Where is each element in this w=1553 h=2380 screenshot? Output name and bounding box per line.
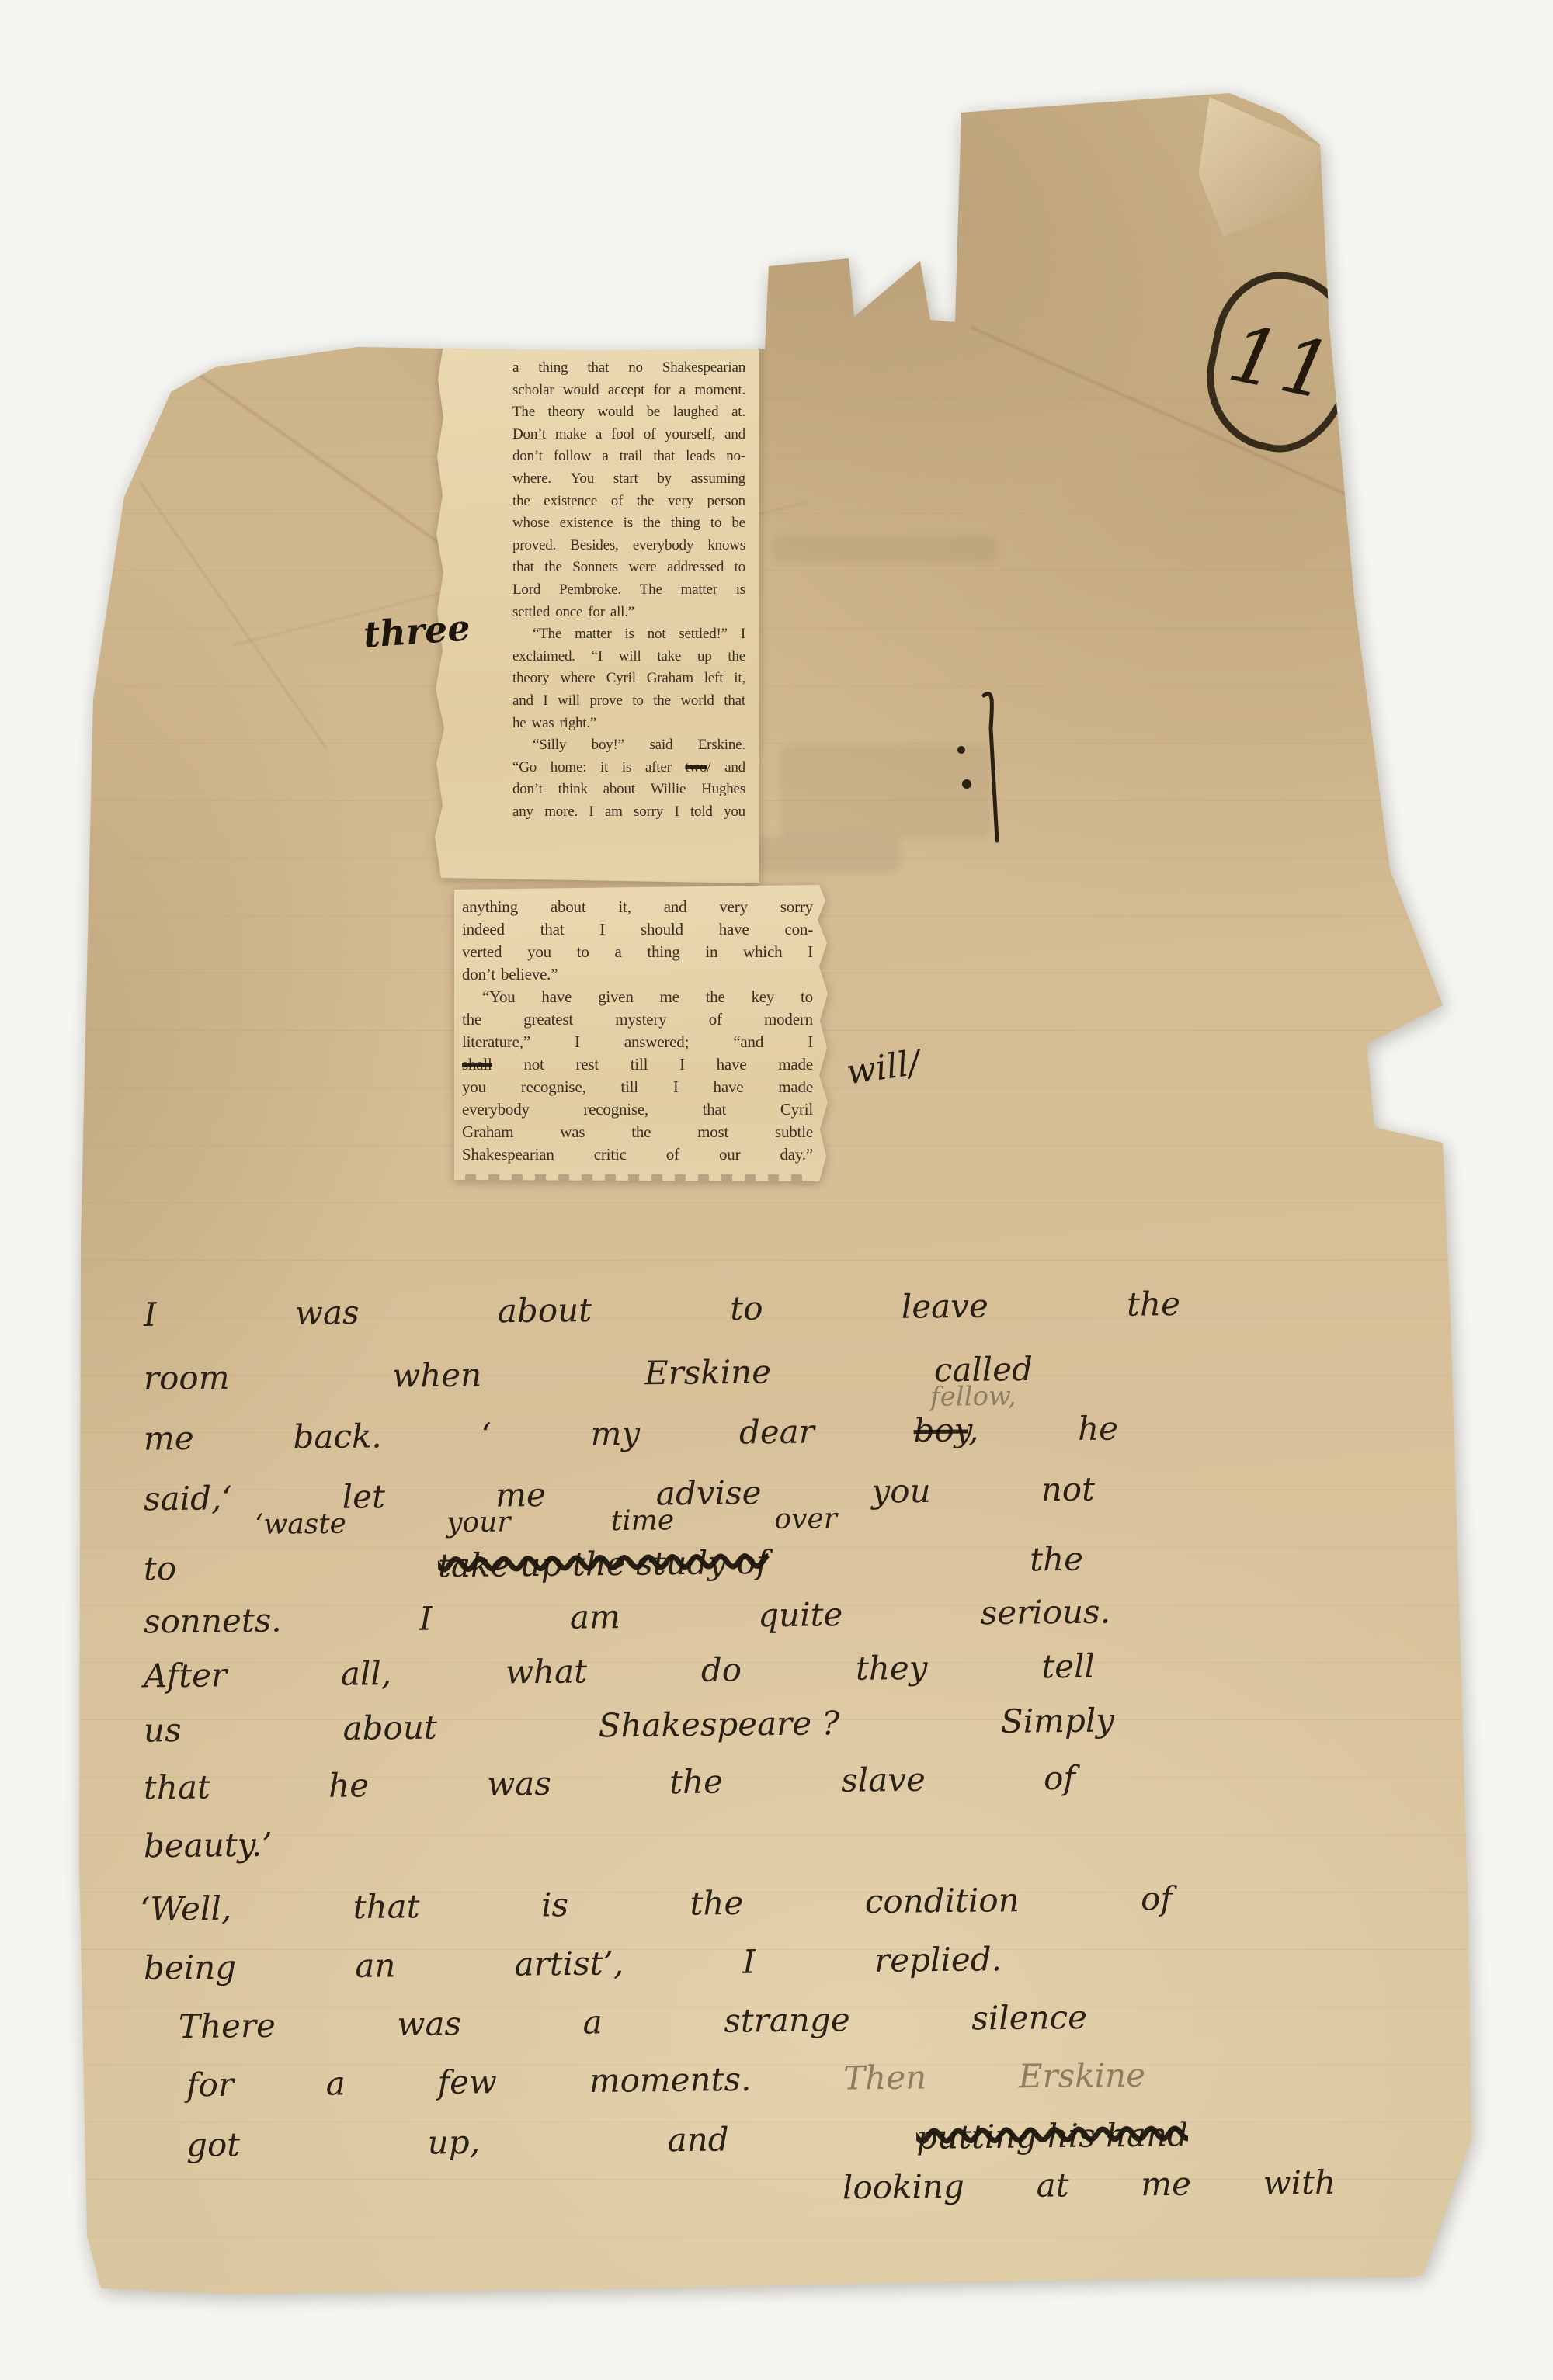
handwritten-line: usaboutShakespeare ?Simply [144,1701,1114,1749]
word: about [342,1709,437,1747]
word: have [541,987,572,1007]
word: our [719,1145,740,1164]
word: thing [671,515,700,532]
word: You [571,470,594,487]
word: will [619,648,641,665]
word: Hughes [701,781,745,798]
word: he [512,715,526,732]
word: Then [843,2058,926,2097]
word: Erskine. [698,737,745,754]
word: critic [594,1145,627,1164]
word: to [710,515,721,532]
word: follow [554,448,591,465]
printed-line: “Youhavegivenmethekeyto [462,987,813,1010]
word: am [570,1598,620,1636]
word: be [647,404,661,421]
word: not [1041,1470,1095,1509]
word: my [590,1414,640,1453]
word: I [679,1055,685,1074]
word: you [871,1472,931,1511]
printed-line: “Sillyboy!”saidErskine. [512,737,745,759]
handwritten-line: ‘Well,thatistheconditionof [140,1879,1173,1928]
word: I [808,942,813,962]
word: to [735,559,745,576]
word: about [498,1291,592,1330]
word: mystery [615,1010,666,1029]
word: was [560,1122,585,1142]
word: “Silly [533,737,566,754]
word: Willie [651,781,686,798]
word: is [624,626,634,643]
printed-line: LordPembroke.Thematteris [512,581,745,604]
word: that [353,1887,419,1926]
word: world [680,692,714,709]
word: said [649,737,672,754]
word: no [628,359,643,376]
clipping-2-paper: anythingaboutit,andverysorryindeedthatIs… [454,885,829,1183]
word: slave [841,1761,926,1799]
word: us [144,1711,182,1750]
word: after [645,759,672,776]
word: the [544,559,562,576]
handwritten-line: sonnets.Iamquiteserious. [144,1592,1110,1640]
word: that [540,920,565,939]
clipping-1-text: athingthatnoShakespearianscholarwouldacc… [512,359,745,825]
word: laughed [673,404,719,421]
word: is [622,759,631,776]
word: and [512,692,533,709]
word: verted [462,942,502,962]
margin-note-will: will/ [844,1043,922,1093]
word: ‘Well, [140,1889,232,1928]
word: to [577,942,589,962]
word: two/ [685,759,710,776]
printed-line: “Thematterisnotsettled!”I [512,626,745,648]
word: have [717,1055,747,1074]
word: “You [482,987,516,1007]
word: for [654,382,671,399]
page-number-circle: 11 [1193,260,1371,465]
word: and [724,759,745,776]
word: Cyril [780,1100,813,1119]
handwritten-line: beauty.’ [144,1825,346,1865]
word: I [599,920,605,939]
word: that [144,1768,210,1806]
word: up [697,648,712,665]
word: Besides, [570,537,618,554]
word: the [1127,1285,1180,1324]
word: answered; [624,1032,689,1052]
word: is [736,581,745,598]
word: very [668,493,693,510]
printed-line: Shakespeariancriticofourday.” [462,1145,813,1167]
word: moment. [694,382,745,399]
handwritten-line: meback.‘mydearboy,he [144,1409,1118,1457]
word: trail [620,448,643,465]
word: There [179,2007,276,2045]
word: a [512,359,519,376]
word: for [186,2066,234,2104]
word: the [643,515,661,532]
word: Sonnets [572,559,618,576]
printed-line: proved.Besides,everybodyknows [512,537,745,560]
word: right.” [560,715,597,732]
word: thing [647,942,679,962]
printed-line: scholarwouldacceptforamoment. [512,382,745,404]
word: quite [758,1595,843,1634]
clipping-2-text: anythingaboutit,andverysorryindeedthatIs… [462,897,813,1167]
word: what [506,1652,587,1691]
word: it [600,759,608,776]
word: The [640,581,662,598]
word: and [724,426,745,443]
word: the [653,692,671,709]
word: Pembroke. [559,581,621,598]
word: Simply [1001,1701,1115,1740]
word: be [731,515,745,532]
printed-line: settledonceforall.” [512,604,745,626]
printed-line: thattheSonnetswereaddressedto [512,559,745,581]
clipping-2: anythingaboutit,andverysorryindeedthatIs… [454,885,829,1183]
word: strange [724,2000,850,2040]
word: all, [341,1654,392,1693]
word: and [664,897,687,917]
word: subtle [775,1122,813,1142]
printed-line: Don’tmakeafoolofyourself,and [512,426,745,449]
handwritten-line: Afterall,whatdotheytell [144,1647,1095,1695]
word: made [778,1077,813,1097]
insertion-mark-icon [949,682,1019,860]
word: of [1141,1879,1173,1917]
word: literature,” [462,1032,530,1052]
word: assuming [691,470,745,487]
word: all.” [610,604,634,621]
word: settled!” [679,626,728,643]
word: an [355,1946,396,1985]
word: would [563,382,599,399]
word: where [560,670,595,687]
word: boy, [913,1410,978,1449]
word: when [392,1355,481,1394]
word: I [808,1032,813,1052]
margin-note-three: three [362,606,471,655]
printed-line: exclaimed.“Iwilltakeupthe [512,648,745,671]
word: most [697,1122,728,1142]
word: in [705,942,717,962]
word: not [523,1055,544,1074]
word: any [512,803,533,821]
word: putting his hand [916,2115,1188,2156]
word: that [512,559,534,576]
printed-line: Thetheorywouldbelaughedat. [512,404,745,426]
word: I [674,803,679,821]
printed-line: anymore.IamsorryItoldyou [512,803,745,826]
word: looking [843,2167,964,2207]
word: don’t [462,965,495,984]
handwritten-line: totake up the study ofthe [144,1540,1083,1588]
word: that [703,1100,727,1119]
word: and [667,2120,728,2159]
word: key [751,987,774,1007]
word: fool [611,426,634,443]
word: a [679,382,686,399]
word: accept [608,382,644,399]
word: the [1030,1540,1083,1579]
word: exclaimed. [512,648,575,665]
word: the [631,1122,651,1142]
word: it, [734,670,745,687]
clipping-1-paper: athingthatnoShakespearianscholarwouldacc… [433,340,759,883]
word: of [709,1010,722,1029]
word: “Go [512,759,537,776]
word: believe.” [501,965,558,984]
word: ‘waste [255,1508,346,1541]
word: was [397,2004,461,2043]
word: the [669,1762,723,1801]
word: very [719,897,748,917]
word: home: [551,759,587,776]
word: “The [533,626,561,643]
printed-line: don’tfollowatrailthatleadsno- [512,448,745,470]
word: room [144,1358,230,1397]
word: don’t [512,781,543,798]
word: of [666,1145,679,1164]
word: of [1044,1759,1075,1797]
word: Graham [647,670,693,687]
handwritten-line: Iwasabouttoleavethe [144,1285,1180,1334]
word: said,‘ [144,1479,232,1518]
printed-line: anythingaboutit,andverysorry [462,897,813,920]
word: a [614,942,621,962]
printed-line: don’tbelieve.” [462,965,813,987]
word: of [611,493,623,510]
word: the [728,648,745,665]
word: theory [512,670,549,687]
word: I [741,626,745,643]
word: about [603,781,635,798]
word: to [144,1549,177,1587]
word: “and [733,1032,763,1052]
word: your [446,1506,511,1539]
word: After [144,1656,227,1695]
word: you [527,942,551,962]
word: told [690,803,713,821]
word: he [1078,1409,1118,1448]
word: Graham [462,1122,513,1142]
printed-line: theorywhereCyrilGrahamleftit, [512,670,745,692]
word: he [328,1766,369,1805]
word: existence [544,493,597,510]
word: existence [560,515,613,532]
word: scholar [512,382,554,399]
word: up, [427,2123,480,2162]
word: artist’, [514,1944,624,1983]
paper-sheet: 11 athingthatnoShakespearianscholarwould… [0,0,1553,2380]
word: left [704,670,724,687]
word: anything [462,897,518,917]
word: recognise, [583,1100,648,1119]
word: was [532,715,554,732]
crease-line [139,481,328,749]
clipping-1: athingthatnoShakespearianscholarwouldacc… [433,340,759,883]
word: matter [681,581,717,598]
word: person [707,493,745,510]
cut-off-print-line [465,1174,805,1181]
handwritten-line: lookingatmewith [843,2163,1336,2207]
word: rest [575,1055,599,1074]
word: was [295,1293,360,1332]
word: once [555,604,582,621]
printed-line: “Gohome:itisaftertwo/and [512,759,745,782]
word: at. [731,404,745,421]
word: will [558,692,580,709]
word: am [605,803,623,821]
word: condition [865,1881,1020,1920]
word: they [856,1649,928,1688]
word: not [648,626,666,643]
word: addressed [667,559,724,576]
word: for [588,604,605,621]
word: sorry [780,897,813,917]
word: about [551,897,586,917]
handwritten-line: roomwhenErskinecalled [144,1350,1033,1397]
word: given [598,987,634,1007]
word: was [487,1764,551,1803]
printed-line: athingthatnoShakespearian [512,359,745,382]
word: where. [512,470,551,487]
word: me [144,1419,194,1458]
word: being [144,1948,237,1987]
word: at [1036,2166,1068,2204]
handwritten-line: gotup,andputting his hand [186,2115,1188,2164]
word: Shakespeare ? [598,1704,839,1744]
word: ‘ [481,1416,492,1454]
handwritten-line: ‘wasteyourtimeover [255,1503,837,1541]
word: a [582,2003,603,2041]
word: the [512,493,530,510]
word: have [714,1077,744,1097]
word: me [1141,2165,1191,2204]
printed-line: vertedyoutoathinginwhichI [462,942,813,965]
word: yourself, [665,426,715,443]
word: you [724,803,745,821]
word: over [774,1503,837,1535]
aged-paper: 11 athingthatnoShakespearianscholarwould… [0,0,1553,2380]
word: Shakespearian [662,359,745,376]
handwritten-line: fellow, [930,1380,1054,1413]
scanned-manuscript-page: { "document": { "description": "Aged man… [0,0,1553,2380]
word: till [631,1055,648,1074]
word: were [628,559,656,576]
word: till [620,1077,638,1097]
word: to [801,987,813,1007]
word: sonnets. [144,1601,282,1641]
word: the [690,1884,743,1923]
word: Erskine [1019,2056,1146,2096]
printed-line: shallnotresttillIhavemade [462,1055,813,1077]
word: is [624,515,633,532]
word: I [742,1943,756,1981]
word: of [644,426,655,443]
word: a [602,448,608,465]
word: greatest [523,1010,573,1029]
word: that [653,448,675,465]
word: by [657,470,672,487]
word: everybody [462,1100,530,1119]
word: Lord [512,581,540,598]
printed-line: thegreatestmysteryofmodern [462,1010,813,1032]
word: should [641,920,683,939]
red-stain [713,286,747,307]
word: whose [512,515,550,532]
word: which [743,942,782,962]
word: I [419,1600,433,1638]
handwritten-line: beinganartist’,Ireplied. [144,1940,1002,1987]
word: indeed [462,920,505,939]
printed-line: indeedthatIshouldhavecon- [462,920,813,942]
bleedthrough-smudge [773,536,998,562]
word: modern [764,1010,813,1029]
word: dear [739,1413,815,1452]
word: more. [544,803,578,821]
word: back. [293,1417,382,1455]
word: settled [512,604,550,621]
handwritten-line: Therewasastrangesilence [179,1998,1087,2045]
crease-line [970,326,1411,524]
word: don’t [512,448,543,465]
word: moments. [589,2060,751,2100]
printed-line: don’tthinkaboutWillieHughes [512,781,745,803]
word: sorry [634,803,663,821]
word: theory [548,404,585,421]
printed-line: everybodyrecognise,thatCyril [462,1100,813,1122]
word: leads [686,448,715,465]
corner-fold [1196,89,1332,245]
word: to [632,692,643,709]
word: tell [1041,1647,1095,1686]
word: knows [707,537,745,554]
word: me [660,987,679,1007]
word: a [325,2064,346,2102]
word: replied. [874,1940,1002,1979]
printed-line: where.Youstartbyassuming [512,470,745,493]
word: made [778,1055,813,1074]
printed-line: yourecognise,tillIhavemade [462,1077,813,1100]
word: Cyril [606,670,636,687]
word: time [611,1504,675,1537]
word: make [555,426,586,443]
word: The [512,404,535,421]
word: silence [971,1998,1087,2038]
word: few [437,2063,497,2101]
word: proved. [512,537,556,554]
word: I [144,1296,157,1334]
word: I [575,1032,580,1052]
word: con- [784,920,813,939]
word: the [706,987,725,1007]
word: that [587,359,609,376]
word: beauty.’ [144,1826,273,1865]
word: got [186,2125,241,2164]
printed-line: theexistenceoftheveryperson [512,493,745,515]
word: I [673,1077,679,1097]
word: leave [902,1287,988,1326]
word: have [719,920,749,939]
word: to [730,1289,763,1327]
word: shall [462,1055,492,1074]
word: no- [726,448,745,465]
word: start [613,470,638,487]
